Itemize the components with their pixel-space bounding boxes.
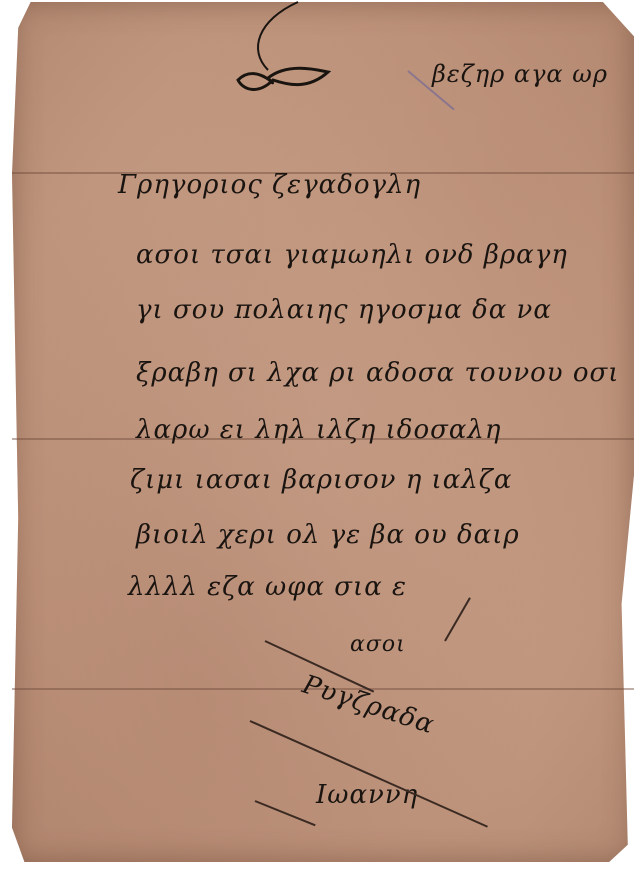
body-line: γι σου πολαιης ηγοσμα δα να [136, 295, 552, 325]
salutation: Γρηγοριος ζεγαδογλη [118, 170, 421, 200]
body-line: βιοιλ χερι ολ γε βα ου δαιρ [136, 520, 520, 550]
header-text: βεζηρ αγα ωρ [432, 60, 608, 88]
body-line: λλλλ εζα ωφα σια ε [128, 572, 407, 602]
closing: ασοι [350, 632, 406, 657]
body-line: ασοι τσαι γιαμωηλι ονδ βραγη [136, 240, 568, 270]
ornamental-flourish-icon [228, 0, 348, 100]
body-line: ζιμι ιασαι βαρισον η ιαλζα [130, 465, 512, 495]
body-line: λαρω ει ληλ ιλζη ιδοσαλη [136, 415, 501, 445]
body-line: ξραβη σι λχα ρι αδοσα τουνου οσι [136, 358, 619, 388]
signature-line-2: Ιωαννη [316, 780, 418, 810]
